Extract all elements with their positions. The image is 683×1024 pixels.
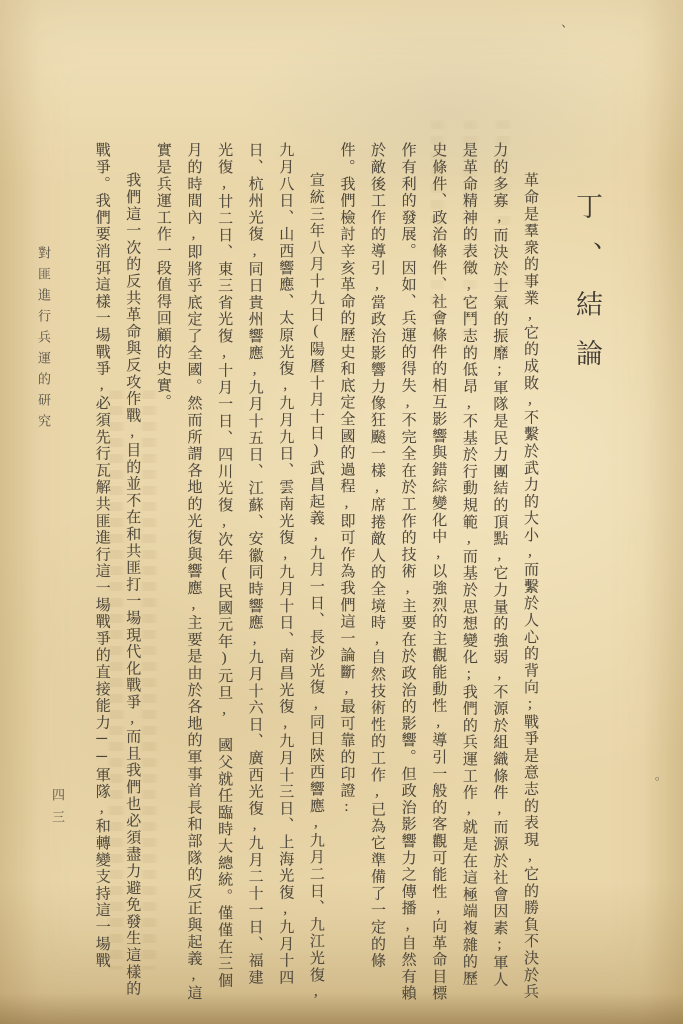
body-text: 革命是羣衆的事業,它的成敗,不繫於武力的大小,而繫於人心的背向;戰爭是意志的表現… xyxy=(86,142,545,1002)
margin-book-title: 對匪進行兵運的研究 xyxy=(34,246,53,476)
paragraph-xinhai-chronology: 宣統三年八月十九日(陽曆十月十日)武昌起義,九月一日、長沙光復,同日陝西響應,九… xyxy=(147,142,331,1002)
page-number: 四三 xyxy=(48,788,67,858)
section-heading: 丁、結論 xyxy=(568,142,607,612)
stray-ink-mark-right: 。 xyxy=(643,776,662,789)
paragraph-anticommunist-war: 我們這一次的反共革命與反攻作戰,目的並不在和共匪打一場現代化戰爭,而且我們也必須… xyxy=(86,142,147,1002)
stray-ink-mark-top: 、 xyxy=(549,24,568,37)
scanned-document-page: 、 。 丁、結論 革命是羣衆的事業,它的成敗,不繫於武力的大小,而繫於人心的背向… xyxy=(0,0,683,1024)
paragraph-revolution-thesis: 革命是羣衆的事業,它的成敗,不繫於武力的大小,而繫於人心的背向;戰爭是意志的表現… xyxy=(331,142,545,1002)
